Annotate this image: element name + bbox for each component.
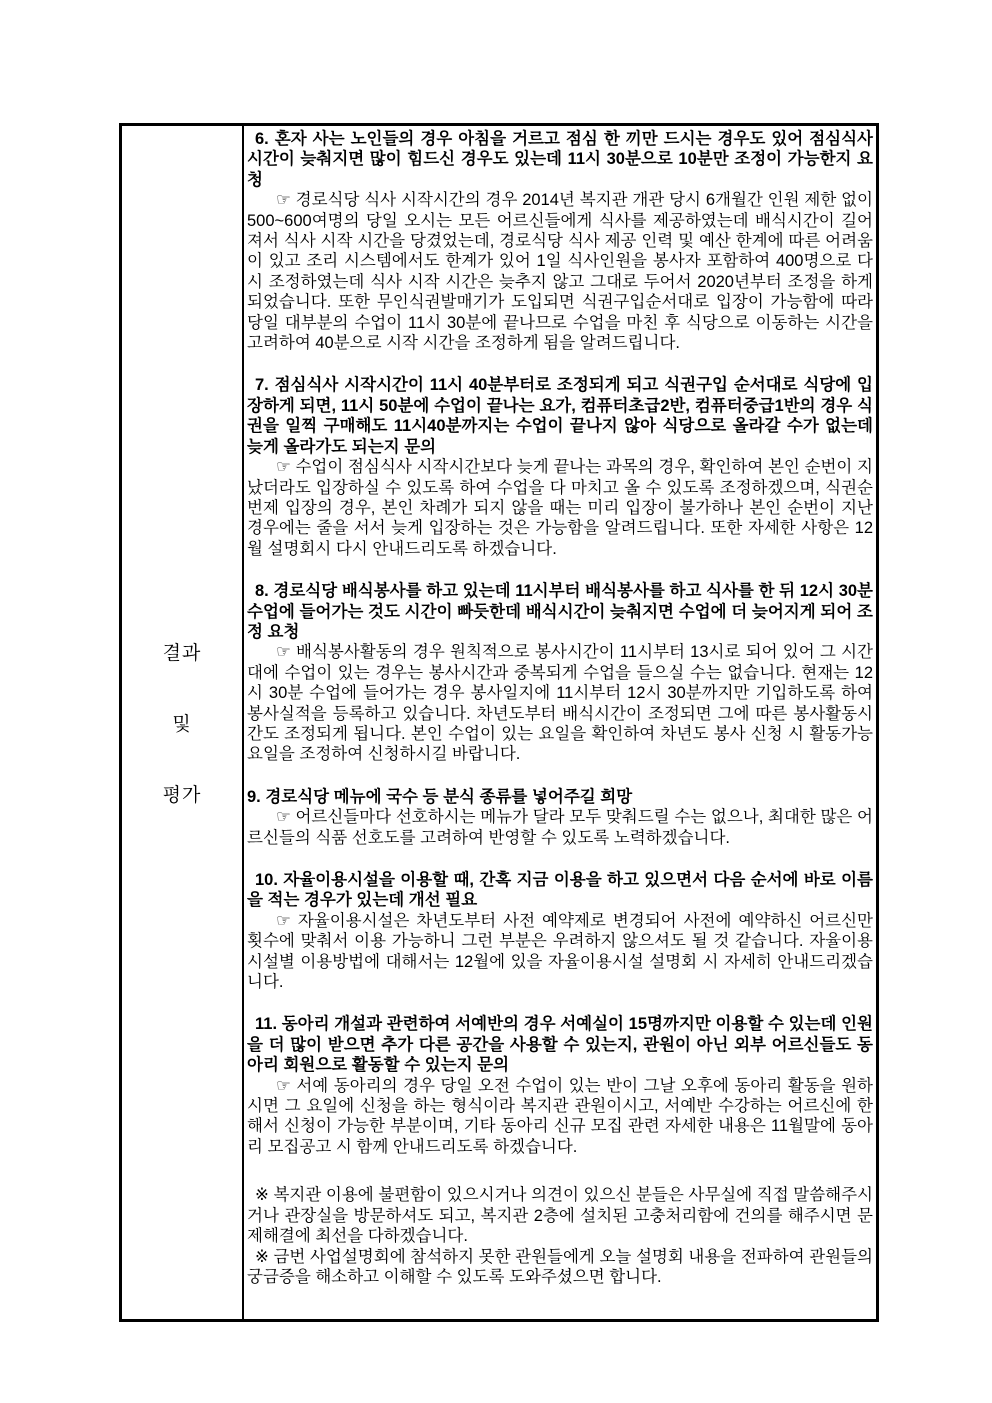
qa-item-7: 7. 점심식사 시작시간이 11시 40분부터로 조정되게 되고 식권구입 순서… — [247, 375, 873, 559]
qa-question: 8. 경로식당 배식봉사를 하고 있는데 11시부터 배식봉사를 하고 식사를 … — [247, 581, 873, 642]
qa-question: 7. 점심식사 시작시간이 11시 40분부터로 조정되게 되고 식권구입 순서… — [247, 375, 873, 457]
notes-block: ※ 복지관 이용에 불편함이 있으시거나 의견이 있으신 분들은 사무실에 직접… — [247, 1185, 873, 1287]
note-item: ※ 금번 사업설명회에 참석하지 못한 관원들에게 오늘 설명회 내용을 전파하… — [247, 1247, 873, 1288]
note-item: ※ 복지관 이용에 불편함이 있으시거나 의견이 있으신 분들은 사무실에 직접… — [247, 1185, 873, 1246]
qa-item-9: 9. 경로식당 메뉴에 국수 등 분식 종류를 넣어주길 희망 ☞ 어르신들마다… — [247, 787, 873, 848]
qa-item-11: 11. 동아리 개설과 관련하여 서예반의 경우 서예실이 15명까지만 이용할… — [247, 1014, 873, 1157]
row-header-line: 결과 — [163, 638, 202, 665]
qa-answer: ☞ 경로식당 식사 시작시간의 경우 2014년 복지관 개관 당시 6개월간 … — [247, 190, 873, 353]
row-header-line: 및 — [172, 709, 191, 736]
qa-answer: ☞ 배식봉사활동의 경우 원칙적으로 봉사시간이 11시부터 13시로 되어 있… — [247, 642, 873, 764]
qa-question: 6. 혼자 사는 노인들의 경우 아침을 거르고 점심 한 끼만 드시는 경우도… — [247, 129, 873, 190]
qa-item-6: 6. 혼자 사는 노인들의 경우 아침을 거르고 점심 한 끼만 드시는 경우도… — [247, 129, 873, 353]
qa-answer: ☞ 어르신들마다 선호하시는 메뉴가 달라 모두 맞춰드릴 수는 없으나, 최대… — [247, 807, 873, 848]
qa-content-cell: 6. 혼자 사는 노인들의 경우 아침을 거르고 점심 한 끼만 드시는 경우도… — [244, 126, 876, 1319]
qa-answer: ☞ 자율이용시설은 차년도부터 사전 예약제로 변경되어 사전에 예약하신 어르… — [247, 911, 873, 993]
qa-question: 11. 동아리 개설과 관련하여 서예반의 경우 서예실이 15명까지만 이용할… — [247, 1014, 873, 1075]
qa-item-10: 10. 자율이용시설을 이용할 때, 간혹 지금 이용을 하고 있으면서 다음 … — [247, 870, 873, 992]
results-evaluation-table: 결과 및 평가 6. 혼자 사는 노인들의 경우 아침을 거르고 점심 한 끼만… — [119, 123, 879, 1322]
qa-question: 9. 경로식당 메뉴에 국수 등 분식 종류를 넣어주길 희망 — [247, 787, 873, 807]
qa-item-8: 8. 경로식당 배식봉사를 하고 있는데 11시부터 배식봉사를 하고 식사를 … — [247, 581, 873, 765]
qa-answer: ☞ 서예 동아리의 경우 당일 오전 수업이 있는 반이 그날 오후에 동아리 … — [247, 1076, 873, 1158]
qa-question: 10. 자율이용시설을 이용할 때, 간혹 지금 이용을 하고 있으면서 다음 … — [247, 870, 873, 911]
row-header-cell: 결과 및 평가 — [122, 126, 244, 1319]
qa-answer: ☞ 수업이 점심식사 시작시간보다 늦게 끝나는 과목의 경우, 확인하여 본인… — [247, 457, 873, 559]
row-header-line: 평가 — [163, 780, 202, 807]
